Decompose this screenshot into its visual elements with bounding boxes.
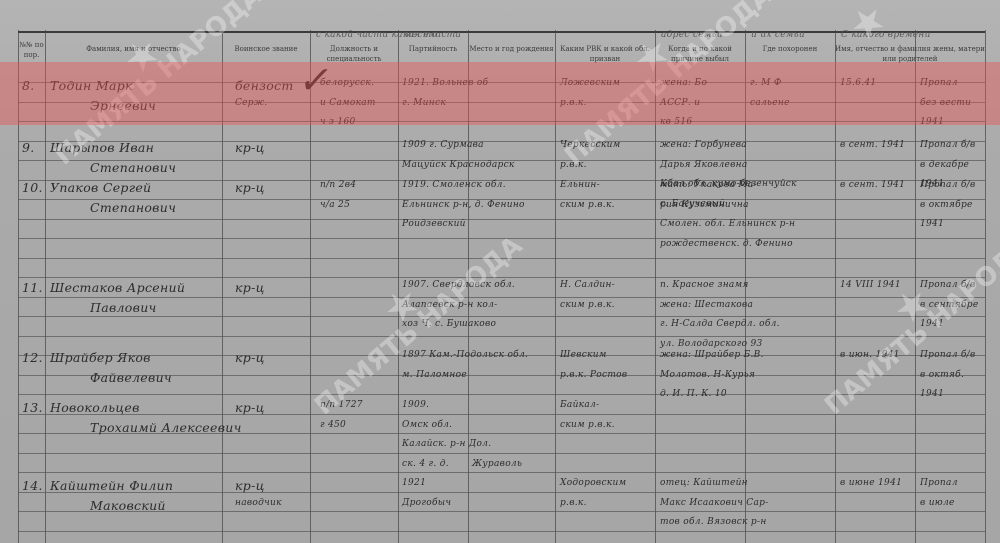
birth-place-year: Дрогобыч <box>402 498 451 508</box>
date-missing: в сент. 1941 <box>840 180 905 190</box>
column-header-birth: Место и год рождения <box>468 44 555 54</box>
draft-office: р.в.к. <box>560 160 587 170</box>
soldier-name: Кайштейн Филип <box>50 478 173 493</box>
soldier-name: Шрайбер Яков <box>50 350 151 365</box>
header-handwritten-note: и их семьи <box>751 30 805 40</box>
birth-place-year: хоз Ч. с. Бушаково <box>402 319 496 329</box>
family-address: рождественск. д. Фенино <box>660 239 793 249</box>
family-address: АССР. и <box>660 98 700 108</box>
fate-note: без вести <box>920 98 971 108</box>
birth-place-year: 1921 <box>402 478 426 488</box>
soldier-name: Степанович <box>90 160 176 175</box>
birth-place-year: 1919. Смоленск обл. <box>402 180 506 190</box>
family-address: ул. Володарского 93 <box>660 339 763 349</box>
fate-note: 1941 <box>920 389 944 399</box>
military-rank: Серж. <box>235 98 268 108</box>
military-rank: кр-ц <box>235 180 265 195</box>
fate-note: Пропал б/в <box>920 350 976 360</box>
fate-note: в октяб. <box>920 370 964 380</box>
draft-office: ским р.в.к. <box>560 300 615 310</box>
row-rule <box>18 453 985 454</box>
row-rule <box>18 414 985 415</box>
column-rule <box>222 30 223 543</box>
military-rank: кр-ц <box>235 400 265 415</box>
birth-place-year: 1921. Вольнев об <box>402 78 488 88</box>
soldier-name: Тодин Марк <box>50 78 133 93</box>
fate-note: Пропал б/в <box>920 140 976 150</box>
column-rule <box>555 30 556 543</box>
column-rule <box>45 30 46 543</box>
birth-place-year: Омск обл. <box>402 420 452 430</box>
row-rule <box>18 531 985 532</box>
family-address: д. И. П. К. 10 <box>660 389 727 399</box>
soldier-name: Шарыпов Иван <box>50 140 154 155</box>
column-rule <box>18 30 19 543</box>
birth-place-year: 1907. Свердловск обл. <box>402 280 515 290</box>
family-address: рия Кузьминична <box>660 200 749 210</box>
draft-office: Н. Салдин- <box>560 280 615 290</box>
draft-office: ским р.в.к. <box>560 200 615 210</box>
military-rank: кр-ц <box>235 280 265 295</box>
draft-office: Ходоровским <box>560 478 626 488</box>
military-rank: кр-ц <box>235 350 265 365</box>
column-rule <box>310 30 311 543</box>
date-missing: в сент. 1941 <box>840 140 905 150</box>
row-rule <box>18 297 985 298</box>
military-rank: кр-ц <box>235 478 265 493</box>
column-rule <box>985 30 986 543</box>
row-number: 10. <box>22 180 43 195</box>
column-header-party: Партийность <box>398 44 468 54</box>
birth-place-year: Алапаевск р-н кол- <box>402 300 497 310</box>
soldier-name: Упаков Сергей <box>50 180 151 195</box>
family-address: тов обл. Вязовск р-н <box>660 517 767 527</box>
military-rank: кр-ц <box>235 140 265 155</box>
date-missing: в июне 1941 <box>840 478 902 488</box>
row-rule <box>18 219 985 220</box>
military-rank: бензост <box>235 78 294 93</box>
soldier-name: Трохаимй Алексеевич <box>90 420 242 435</box>
family-address: жена: Шестакова <box>660 300 753 310</box>
row-rule <box>18 336 985 337</box>
family-address: мать: Упакова Ма- <box>660 180 757 190</box>
row-number: 11. <box>22 280 43 295</box>
column-rule <box>398 30 399 543</box>
row-number: 12. <box>22 350 43 365</box>
row-rule <box>18 277 985 278</box>
family-address: жена: Шрайбер Б.В. <box>660 350 764 360</box>
birth-place-year: ск. 4 г. д. <box>402 459 449 469</box>
header-handwritten-note: С какого времени <box>841 30 931 40</box>
birth-place-year: Ельнинск р-н, д. Фенино <box>402 200 525 210</box>
family-address: Макс Исаакович Сар- <box>660 498 769 508</box>
column-header-when: Когда и по какой причине выбыл <box>655 44 745 64</box>
row-rule <box>18 394 985 395</box>
birth-place-year: Жураволь <box>472 459 522 469</box>
column-rule <box>915 30 916 543</box>
row-rule <box>18 472 985 473</box>
family-address: жена: Бо <box>660 78 707 88</box>
archival-document-page: №№ по пор.Фамилия, имя и отчествоВоинско… <box>0 0 1000 543</box>
row-rule <box>18 316 985 317</box>
column-header-buried: Где похоронен <box>745 44 835 54</box>
draft-office: р.в.к. Ростов <box>560 370 627 380</box>
draft-office: Байкал- <box>560 400 599 410</box>
family-address: кв 516 <box>660 117 692 127</box>
birth-place-year: 1897 Кам.-Подольск обл. <box>402 350 528 360</box>
family-address: г. Н-Салда Свердл. обл. <box>660 319 780 329</box>
burial-place: сальене <box>750 98 790 108</box>
birth-place-year: Калайск. р-н Дол. <box>402 439 491 449</box>
column-rule <box>835 30 836 543</box>
row-highlight <box>0 62 1000 125</box>
birth-place-year: 1909 г. Сурмава <box>402 140 484 150</box>
date-missing: в июн. 1941 <box>840 350 900 360</box>
row-rule <box>18 238 985 239</box>
column-header-family: Имя, отчество и фамилия жены, матери или… <box>835 44 985 64</box>
fate-note: Пропал б/в <box>920 280 976 290</box>
row-number: 14. <box>22 478 43 493</box>
birth-place-year: Мацуйск Краснодарск <box>402 160 515 170</box>
column-rule <box>655 30 656 543</box>
fate-note: в сентябре <box>920 300 978 310</box>
column-header-rank: Воинское звание <box>222 44 310 54</box>
family-address: Смолен. обл. Ельнинск р-н <box>660 219 795 229</box>
fate-note: 1941 <box>920 117 944 127</box>
column-header-num: №№ по пор. <box>18 40 45 60</box>
row-rule <box>18 102 985 103</box>
family-address: жена: Горбунева <box>660 140 747 150</box>
birth-place-year: м. Паломное <box>402 370 467 380</box>
date-missing: 14 VIII 1941 <box>840 280 901 290</box>
birth-place-year: 1909. <box>402 400 429 410</box>
draft-office: Ельнин- <box>560 180 600 190</box>
draft-office: ским р.в.к. <box>560 420 615 430</box>
column-header-rvk: Каким РВК и какой обл. призван <box>555 44 655 64</box>
check-mark-icon: ✓ <box>296 58 336 102</box>
draft-office: Черкесским <box>560 140 620 150</box>
soldier-name: Маковский <box>90 498 166 513</box>
header-handwritten-note: место <box>404 30 437 40</box>
military-rank: наводчик <box>235 498 282 508</box>
row-rule <box>18 121 985 122</box>
family-address: п. Красное знамя <box>660 280 749 290</box>
row-number: 13. <box>22 400 43 415</box>
soldier-name: Файвелевич <box>90 370 172 385</box>
position: п/п 1727 <box>320 400 363 410</box>
family-address: Дарья Яковлевна <box>660 160 748 170</box>
soldier-name: Шестаков Арсений <box>50 280 185 295</box>
soldier-name: Новокольцев <box>50 400 140 415</box>
position: ч/а 25 <box>320 200 350 210</box>
position: ч з 160 <box>320 117 356 127</box>
birth-place-year: г. Минск <box>402 98 446 108</box>
row-rule <box>18 258 985 259</box>
position: п/п 2в4 <box>320 180 356 190</box>
header-handwritten-note: адрес семьи <box>661 30 723 40</box>
row-number: 9. <box>22 140 35 155</box>
row-number: 8. <box>22 78 35 93</box>
soldier-name: Павлович <box>90 300 157 315</box>
fate-note: в июле <box>920 498 955 508</box>
position: г 450 <box>320 420 346 430</box>
draft-office: р.в.к. <box>560 98 587 108</box>
fate-note: в декабре <box>920 160 969 170</box>
soldier-name: Степанович <box>90 200 176 215</box>
fate-note: в октябре <box>920 200 973 210</box>
burial-place: г. М Ф <box>750 78 782 88</box>
birth-place-year: Роидзевский <box>402 219 466 229</box>
table-top-border <box>18 31 985 33</box>
draft-office: Шевским <box>560 350 607 360</box>
draft-office: р.в.к. <box>560 498 587 508</box>
fate-note: 1941 <box>920 219 944 229</box>
date-missing: 15.6.41 <box>840 78 876 88</box>
fate-note: 1941 <box>920 319 944 329</box>
draft-office: Ложевским <box>560 78 620 88</box>
fate-note: Пропал б/в <box>920 180 976 190</box>
fate-note: Пропал <box>920 78 958 88</box>
column-header-name: Фамилия, имя и отчество <box>45 44 222 54</box>
soldier-name: Эрнеевич <box>90 98 156 113</box>
family-address: Молотов. Н-Курья <box>660 370 755 380</box>
fate-note: Пропал <box>920 478 958 488</box>
header-handwritten-note: с какой части какая елиста <box>316 30 461 40</box>
family-address: отец: Кайштейн <box>660 478 748 488</box>
